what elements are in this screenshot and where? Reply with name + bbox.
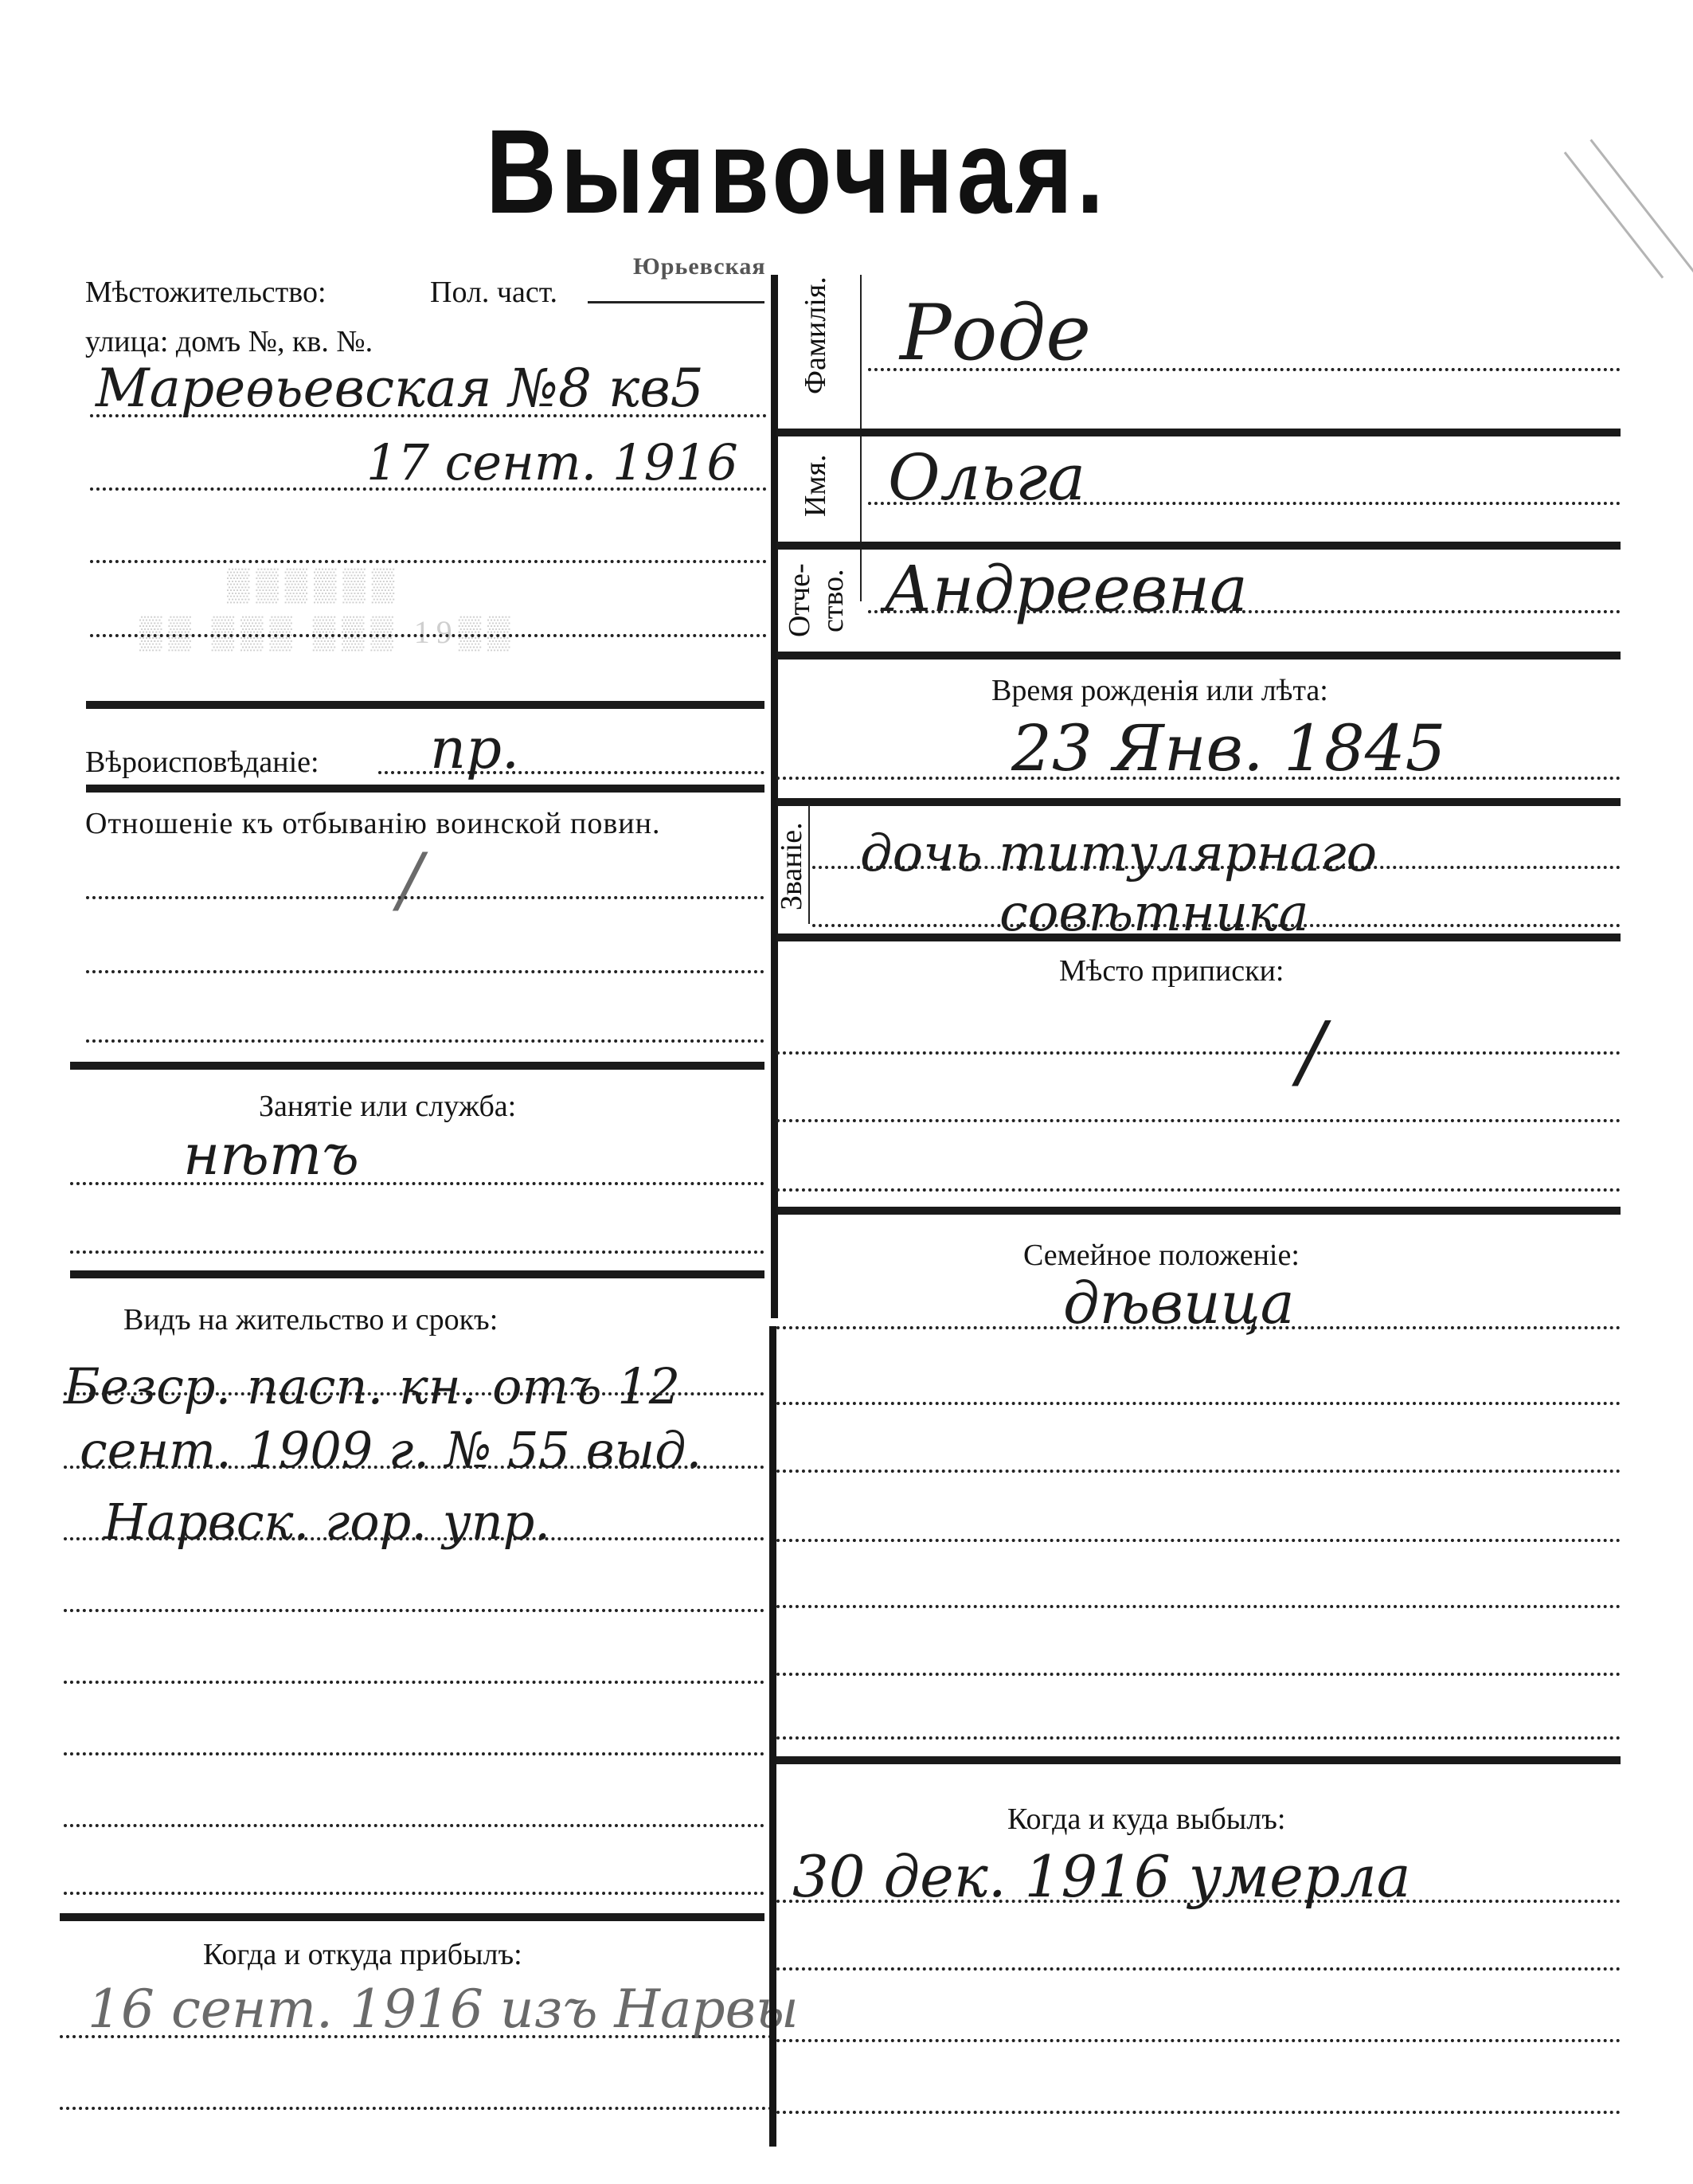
police-part-underline — [588, 301, 764, 303]
dotted-rule — [776, 1967, 1621, 1971]
dotted-rule — [776, 1605, 1621, 1608]
religion-label: Вѣроисповѣданіе: — [85, 747, 319, 777]
residence-permit-label: Видъ на жительство и срокъ: — [123, 1305, 498, 1335]
dotted-rule — [64, 1681, 764, 1684]
patronymic-label-line2: ство. — [818, 554, 850, 648]
street-label: улица: домъ №, кв. №. — [85, 327, 373, 357]
dotted-rule — [776, 1539, 1621, 1542]
occupation-value: нѣтъ — [183, 1127, 359, 1183]
birth-label: Время рожденія или лѣта: — [991, 675, 1328, 706]
name-label: Имя. — [800, 442, 832, 530]
faded-stamp: ▒▒ ▒▒▒ ▒▒▒ 19▒▒ — [139, 613, 516, 651]
dotted-rule — [812, 866, 1621, 869]
military-label: Отношеніе къ отбыванію воинской повин. — [85, 808, 660, 839]
family-status-label: Семейное положеніе: — [1023, 1240, 1300, 1270]
military-value: / — [398, 844, 422, 916]
dotted-rule — [868, 368, 1621, 371]
police-district-stamp: Юрьевская — [633, 253, 766, 280]
dotted-rule — [86, 970, 764, 973]
column-divider — [769, 1326, 776, 2147]
dotted-rule — [776, 1900, 1621, 1903]
dotted-rule — [86, 896, 764, 899]
birth-value: 23 Янв. 1845 — [1011, 717, 1446, 781]
surname-label: Фамилія. — [800, 283, 832, 394]
rank-label: Званіе. — [776, 812, 808, 920]
dotted-rule — [776, 1188, 1621, 1192]
section-divider — [776, 933, 1621, 941]
section-divider — [776, 652, 1621, 660]
dotted-rule — [70, 1251, 764, 1254]
paper-fold-mark — [1589, 139, 1693, 292]
dotted-rule — [90, 560, 767, 563]
residence-value: Мареѳьевская №8 кв5 — [96, 362, 704, 415]
patronymic-label-line1: Отче- — [784, 554, 816, 648]
dotted-rule — [776, 1736, 1621, 1740]
label-column-divider — [808, 804, 810, 924]
name-value: Ольга — [888, 446, 1085, 510]
dotted-rule — [60, 2035, 772, 2038]
dotted-rule — [64, 1892, 764, 1895]
dotted-rule — [64, 1752, 764, 1755]
religion-value: пр. — [430, 721, 519, 777]
faded-stamp: ▒▒▒▒▒▒ — [227, 566, 401, 603]
dotted-rule — [64, 1609, 764, 1612]
section-divider — [70, 1062, 764, 1070]
dotted-rule — [776, 1402, 1621, 1405]
dotted-rule — [812, 924, 1621, 927]
dotted-rule — [86, 1039, 764, 1043]
section-divider — [776, 1207, 1621, 1215]
rank-value-line1: дочь титулярнаго — [860, 828, 1377, 879]
section-divider — [776, 542, 1621, 550]
dotted-rule — [776, 1051, 1621, 1055]
dotted-rule — [70, 1182, 764, 1185]
residence-label: Мѣстожительство: — [85, 277, 326, 307]
arrived-label: Когда и откуда прибылъ: — [203, 1939, 522, 1970]
dotted-rule — [64, 1466, 764, 1469]
dotted-rule — [868, 502, 1621, 505]
occupation-label: Занятіе или служба: — [259, 1091, 516, 1121]
section-divider — [86, 701, 764, 709]
departed-label: Когда и куда выбылъ: — [1007, 1804, 1285, 1834]
dotted-rule — [64, 1824, 764, 1827]
section-divider — [70, 1270, 764, 1278]
family-status-value: дѣвица — [1063, 1274, 1295, 1332]
rank-value-line2: совѣтника — [999, 888, 1309, 939]
section-divider — [776, 798, 1621, 806]
section-divider — [86, 785, 764, 793]
police-part-label: Пол. част. — [430, 277, 557, 307]
dotted-rule — [776, 777, 1621, 780]
surname-value: Роде — [900, 295, 1091, 371]
dotted-rule — [868, 610, 1621, 613]
registration-label: Мѣсто приписки: — [1059, 956, 1284, 986]
dotted-rule — [90, 414, 767, 417]
dotted-rule — [776, 2111, 1621, 2114]
dotted-rule — [776, 1119, 1621, 1122]
patronymic-label: Отче- ство. — [784, 554, 856, 649]
document-title: Выявочная. — [486, 112, 1108, 231]
dotted-rule — [64, 1392, 764, 1395]
dotted-rule — [90, 634, 767, 637]
section-divider — [776, 1756, 1621, 1764]
dotted-rule — [776, 1470, 1621, 1473]
section-divider — [60, 1913, 764, 1921]
arrived-value: 16 сент. 1916 изъ Нарвы — [88, 1983, 799, 2036]
section-divider — [776, 429, 1621, 436]
dotted-rule — [776, 1673, 1621, 1676]
label-column-divider — [860, 275, 862, 601]
residence-permit-value-line1: Безср. пасп. кн. отъ 12 — [64, 1362, 680, 1411]
dotted-rule — [64, 1537, 764, 1540]
dotted-rule — [776, 1326, 1621, 1329]
departed-value: 30 дек. 1916 умерла — [792, 1848, 1411, 1905]
dotted-rule — [60, 2107, 772, 2110]
residence-date-value: 17 сент. 1916 — [366, 438, 738, 487]
dotted-rule — [90, 487, 767, 491]
dotted-rule — [776, 2039, 1621, 2042]
